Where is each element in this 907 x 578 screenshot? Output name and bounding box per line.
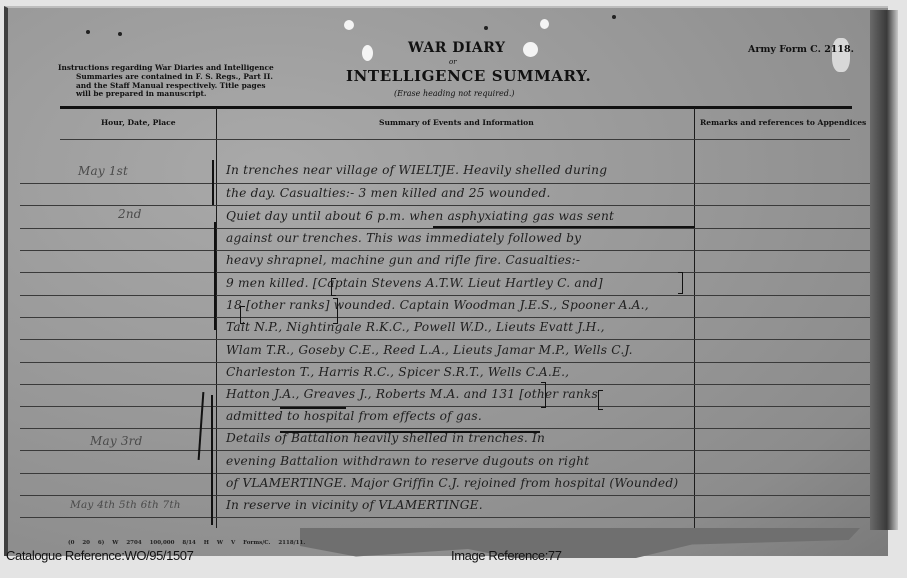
summary-line: In trenches near village of WIELTJE. Hea… (226, 163, 607, 177)
summary-line: evening Battalion withdrawn to reserve d… (226, 454, 589, 468)
summary-line: 9 men killed. [Captain Stevens A.T.W. Li… (226, 276, 603, 290)
instructions-note: Instructions regarding War Diaries and I… (58, 64, 278, 99)
column-header-rule (60, 139, 850, 140)
ink-underline (280, 431, 540, 433)
ink-bracket (678, 272, 683, 294)
summary-line: against our trenches. This was immediate… (226, 231, 581, 245)
form-title-intelligence-summary: INTELLIGENCE SUMMARY. (346, 67, 591, 85)
summary-line: Details of Battalion heavily shelled in … (226, 431, 545, 445)
image-reference: Image Reference:77 (451, 548, 562, 563)
punch-hole (344, 20, 354, 30)
form-print-code: (0 20 6) W 2704 100,000 8/14 H W V Forms… (68, 540, 305, 546)
summary-line: In reserve in vicinity of VLAMERTINGE. (226, 498, 483, 512)
entry-date: 2nd (118, 207, 142, 221)
ink-underline (280, 407, 346, 409)
summary-line: heavy shrapnel, machine gun and rifle fi… (226, 253, 580, 267)
ink-bracket (331, 278, 336, 296)
form-title-war-diary: WAR DIARY (408, 40, 505, 56)
summary-line: Charleston T., Harris R.C., Spicer S.R.T… (226, 365, 569, 379)
margin-ink-line (214, 222, 216, 330)
column-header-remarks: Remarks and references to Appendices (700, 118, 866, 127)
ink-bracket (598, 390, 603, 410)
ink-speck (118, 32, 122, 36)
ink-speck (612, 15, 616, 19)
column-divider (216, 108, 217, 528)
ink-speck (484, 26, 488, 30)
margin-ink-line (212, 160, 214, 205)
summary-line: of VLAMERTINGE. Major Griffin C.J. rejoi… (226, 476, 678, 490)
sheet-edge-shadow (870, 10, 898, 530)
summary-line: 18 [other ranks] wounded. Captain Woodma… (226, 298, 649, 312)
ink-bracket (333, 298, 338, 324)
column-header-date: Hour, Date, Place (101, 118, 176, 127)
ink-bracket (240, 306, 245, 324)
entry-date: May 4th 5th 6th 7th (70, 499, 181, 511)
header-rule (60, 106, 852, 109)
summary-line: admitted to hospital from effects of gas… (226, 409, 482, 423)
margin-ink-line (211, 395, 213, 525)
summary-line: the day. Casualties:- 3 men killed and 2… (226, 186, 551, 200)
punch-hole (523, 42, 538, 57)
entry-date: May 3rd (90, 434, 143, 448)
summary-line: Tait N.P., Nightingale R.K.C., Powell W.… (226, 320, 605, 334)
erase-heading-note: (Erase heading not required.) (394, 89, 515, 98)
summary-line: Wlam T.R., Goseby C.E., Reed L.A., Lieut… (226, 343, 633, 357)
catalogue-reference: Catalogue Reference:WO/95/1507 (6, 548, 193, 563)
punch-hole (540, 19, 549, 29)
ink-bracket (541, 382, 546, 408)
ink-underline (433, 226, 695, 228)
punch-hole (362, 45, 373, 61)
instructions-line: will be prepared in manuscript. (58, 90, 278, 99)
entry-date: May 1st (78, 164, 128, 178)
form-title-or: or (449, 58, 457, 66)
column-divider (694, 108, 695, 528)
summary-line: Quiet day until about 6 p.m. when asphyx… (226, 209, 614, 223)
column-header-summary: Summary of Events and Information (379, 118, 534, 127)
army-form-number: Army Form C. 2118. (748, 44, 854, 55)
ink-speck (86, 30, 90, 34)
